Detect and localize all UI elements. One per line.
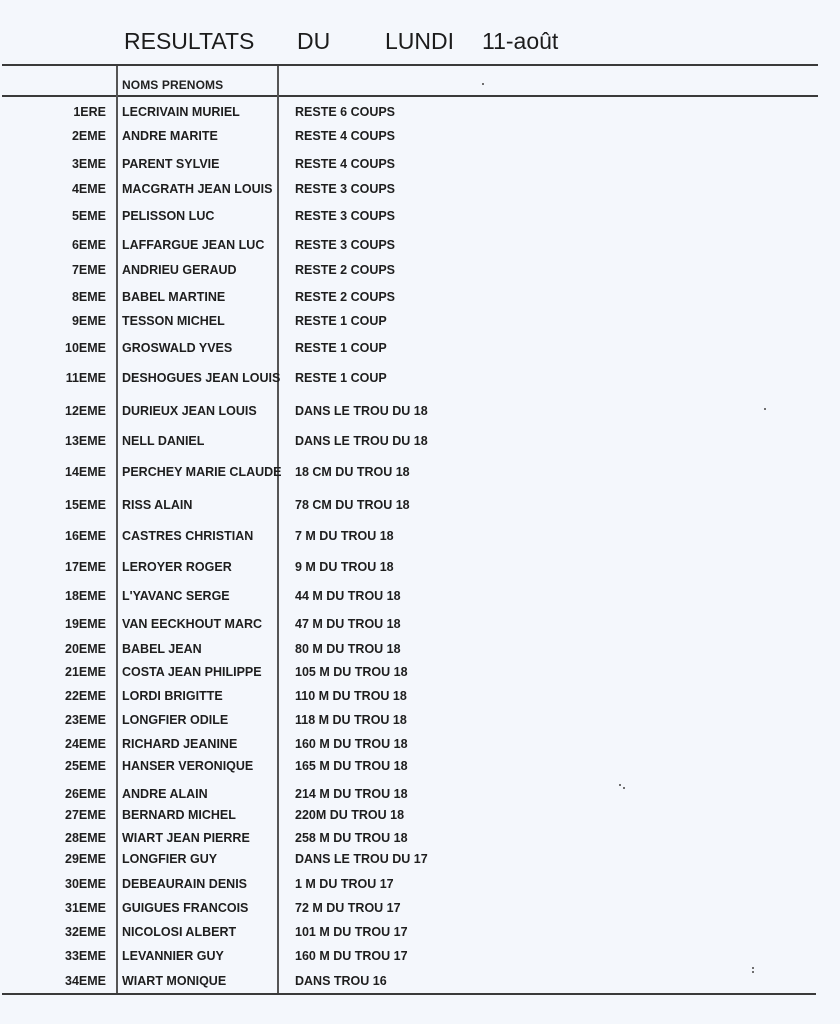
result-cell: 7 M DU TROU 18 <box>295 529 394 543</box>
rank-cell: 6EME <box>72 238 106 252</box>
rank-cell: 8EME <box>72 290 106 304</box>
rank-cell: 1ERE <box>73 105 106 119</box>
title-date: 11-août <box>482 28 558 55</box>
table-row: 20EMEBABEL JEAN80 M DU TROU 18 <box>0 642 820 660</box>
name-cell: LORDI BRIGITTE <box>122 689 223 703</box>
rank-cell: 16EME <box>65 529 106 543</box>
table-row: 33EMELEVANNIER GUY160 M DU TROU 17 <box>0 949 820 967</box>
table-row: 8EMEBABEL MARTINERESTE 2 COUPS <box>0 290 820 308</box>
rank-cell: 22EME <box>65 689 106 703</box>
rank-cell: 24EME <box>65 737 106 751</box>
table-bottom-border <box>2 993 816 995</box>
scan-speck <box>623 787 625 789</box>
table-row: 18EMEL'YAVANC SERGE44 M DU TROU 18 <box>0 589 820 607</box>
name-cell: LAFFARGUE JEAN LUC <box>122 238 264 252</box>
result-cell: RESTE 2 COUPS <box>295 263 395 277</box>
name-cell: GROSWALD YVES <box>122 341 232 355</box>
result-cell: 220M DU TROU 18 <box>295 808 404 822</box>
name-cell: GUIGUES FRANCOIS <box>122 901 248 915</box>
name-cell: WIART MONIQUE <box>122 974 226 988</box>
rank-cell: 3EME <box>72 157 106 171</box>
name-cell: RISS ALAIN <box>122 498 192 512</box>
result-cell: DANS TROU 16 <box>295 974 387 988</box>
result-cell: 9 M DU TROU 18 <box>295 560 394 574</box>
scan-speck <box>482 83 484 85</box>
name-cell: LEROYER ROGER <box>122 560 232 574</box>
table-row: 3EMEPARENT SYLVIERESTE 4 COUPS <box>0 157 820 175</box>
name-cell: DURIEUX JEAN LOUIS <box>122 404 257 418</box>
result-cell: 80 M DU TROU 18 <box>295 642 401 656</box>
rank-cell: 34EME <box>65 974 106 988</box>
result-cell: 101 M DU TROU 17 <box>295 925 408 939</box>
result-cell: DANS LE TROU DU 18 <box>295 404 428 418</box>
rank-cell: 7EME <box>72 263 106 277</box>
result-cell: RESTE 1 COUP <box>295 341 387 355</box>
name-cell: ANDRE ALAIN <box>122 787 208 801</box>
rank-cell: 28EME <box>65 831 106 845</box>
table-row: 10EMEGROSWALD YVESRESTE 1 COUP <box>0 341 820 359</box>
rank-cell: 18EME <box>65 589 106 603</box>
result-cell: DANS LE TROU DU 18 <box>295 434 428 448</box>
result-cell: RESTE 1 COUP <box>295 314 387 328</box>
table-row: 4EMEMACGRATH JEAN LOUISRESTE 3 COUPS <box>0 182 820 200</box>
rank-cell: 20EME <box>65 642 106 656</box>
name-cell: COSTA JEAN PHILIPPE <box>122 665 262 679</box>
table-row: 15EMERISS ALAIN78 CM DU TROU 18 <box>0 498 820 516</box>
table-row: 2EMEANDRE MARITERESTE 4 COUPS <box>0 129 820 147</box>
result-cell: 160 M DU TROU 18 <box>295 737 408 751</box>
name-cell: NELL DANIEL <box>122 434 204 448</box>
header-bottom-border <box>2 95 818 97</box>
name-cell: LONGFIER ODILE <box>122 713 228 727</box>
name-cell: BABEL JEAN <box>122 642 202 656</box>
rank-cell: 15EME <box>65 498 106 512</box>
result-cell: 118 M DU TROU 18 <box>295 713 407 727</box>
table-row: 7EMEANDRIEU GERAUDRESTE 2 COUPS <box>0 263 820 281</box>
result-cell: 18 CM DU TROU 18 <box>295 465 410 479</box>
table-row: 23EMELONGFIER ODILE118 M DU TROU 18 <box>0 713 820 731</box>
rank-cell: 21EME <box>65 665 106 679</box>
name-cell: PERCHEY MARIE CLAUDE <box>122 465 282 479</box>
rank-cell: 29EME <box>65 852 106 866</box>
scan-speck <box>764 408 766 410</box>
title-word-du: DU <box>297 28 330 55</box>
result-cell: 258 M DU TROU 18 <box>295 831 408 845</box>
table-row: 14EMEPERCHEY MARIE CLAUDE18 CM DU TROU 1… <box>0 465 820 483</box>
table-row: 11EMEDESHOGUES JEAN LOUISRESTE 1 COUP <box>0 371 820 389</box>
result-cell: RESTE 1 COUP <box>295 371 387 385</box>
result-cell: RESTE 3 COUPS <box>295 209 395 223</box>
column-header-names: NOMS PRENOMS <box>122 78 223 92</box>
rank-cell: 11EME <box>66 371 106 385</box>
table-row: 9EMETESSON MICHELRESTE 1 COUP <box>0 314 820 332</box>
result-cell: RESTE 4 COUPS <box>295 129 395 143</box>
result-cell: RESTE 3 COUPS <box>295 238 395 252</box>
table-row: 17EMELEROYER ROGER9 M DU TROU 18 <box>0 560 820 578</box>
result-cell: RESTE 3 COUPS <box>295 182 395 196</box>
table-row: 21EMECOSTA JEAN PHILIPPE105 M DU TROU 18 <box>0 665 820 683</box>
rank-cell: 14EME <box>65 465 106 479</box>
table-row: 12EMEDURIEUX JEAN LOUISDANS LE TROU DU 1… <box>0 404 820 422</box>
rank-cell: 9EME <box>72 314 106 328</box>
result-cell: 72 M DU TROU 17 <box>295 901 401 915</box>
table-top-border <box>2 64 818 66</box>
result-cell: 110 M DU TROU 18 <box>295 689 407 703</box>
rank-cell: 25EME <box>65 759 106 773</box>
rank-cell: 2EME <box>72 129 106 143</box>
rank-cell: 4EME <box>72 182 106 196</box>
rank-cell: 33EME <box>65 949 106 963</box>
rank-cell: 23EME <box>65 713 106 727</box>
name-cell: BERNARD MICHEL <box>122 808 236 822</box>
result-cell: 160 M DU TROU 17 <box>295 949 408 963</box>
name-cell: DESHOGUES JEAN LOUIS <box>122 371 280 385</box>
result-cell: 214 M DU TROU 18 <box>295 787 408 801</box>
result-cell: RESTE 2 COUPS <box>295 290 395 304</box>
rank-cell: 19EME <box>65 617 106 631</box>
table-row: 26EMEANDRE ALAIN214 M DU TROU 18 <box>0 787 820 805</box>
rank-cell: 5EME <box>72 209 106 223</box>
name-cell: LEVANNIER GUY <box>122 949 224 963</box>
table-row: 31EMEGUIGUES FRANCOIS72 M DU TROU 17 <box>0 901 820 919</box>
name-cell: NICOLOSI ALBERT <box>122 925 236 939</box>
rank-cell: 17EME <box>65 560 106 574</box>
name-cell: LONGFIER GUY <box>122 852 217 866</box>
name-cell: L'YAVANC SERGE <box>122 589 230 603</box>
scan-speck <box>752 967 754 969</box>
name-cell: VAN EECKHOUT MARC <box>122 617 262 631</box>
table-row: 25EMEHANSER VERONIQUE165 M DU TROU 18 <box>0 759 820 777</box>
table-row: 24EMERICHARD JEANINE160 M DU TROU 18 <box>0 737 820 755</box>
table-row: 13EMENELL DANIELDANS LE TROU DU 18 <box>0 434 820 452</box>
rank-cell: 13EME <box>65 434 106 448</box>
rank-cell: 12EME <box>65 404 106 418</box>
name-cell: BABEL MARTINE <box>122 290 225 304</box>
scan-speck <box>619 784 621 786</box>
result-cell: DANS LE TROU DU 17 <box>295 852 428 866</box>
table-row: 27EMEBERNARD MICHEL220M DU TROU 18 <box>0 808 820 826</box>
table-row: 30EMEDEBEAURAIN DENIS1 M DU TROU 17 <box>0 877 820 895</box>
name-cell: PELISSON LUC <box>122 209 214 223</box>
results-sheet: RESULTATS DU LUNDI 11-août NOMS PRENOMS … <box>0 0 840 1024</box>
name-cell: TESSON MICHEL <box>122 314 225 328</box>
rank-cell: 30EME <box>65 877 106 891</box>
result-cell: RESTE 6 COUPS <box>295 105 395 119</box>
rank-cell: 32EME <box>65 925 106 939</box>
table-row: 22EMELORDI BRIGITTE110 M DU TROU 18 <box>0 689 820 707</box>
table-row: 1ERELECRIVAIN MURIELRESTE 6 COUPS <box>0 105 820 123</box>
name-cell: ANDRIEU GERAUD <box>122 263 237 277</box>
result-cell: RESTE 4 COUPS <box>295 157 395 171</box>
table-row: 19EMEVAN EECKHOUT MARC47 M DU TROU 18 <box>0 617 820 635</box>
name-cell: HANSER VERONIQUE <box>122 759 253 773</box>
name-cell: DEBEAURAIN DENIS <box>122 877 247 891</box>
rank-cell: 26EME <box>65 787 106 801</box>
title-word-lundi: LUNDI <box>385 28 454 55</box>
table-row: 28EMEWIART JEAN PIERRE258 M DU TROU 18 <box>0 831 820 849</box>
result-cell: 165 M DU TROU 18 <box>295 759 408 773</box>
name-cell: WIART JEAN PIERRE <box>122 831 250 845</box>
result-cell: 47 M DU TROU 18 <box>295 617 401 631</box>
scan-speck <box>752 971 754 973</box>
result-cell: 78 CM DU TROU 18 <box>295 498 410 512</box>
name-cell: CASTRES CHRISTIAN <box>122 529 253 543</box>
rank-cell: 31EME <box>65 901 106 915</box>
name-cell: PARENT SYLVIE <box>122 157 219 171</box>
table-row: 32EMENICOLOSI ALBERT101 M DU TROU 17 <box>0 925 820 943</box>
title-word-resultats: RESULTATS <box>124 28 254 55</box>
rank-cell: 27EME <box>65 808 106 822</box>
result-cell: 105 M DU TROU 18 <box>295 665 408 679</box>
name-cell: MACGRATH JEAN LOUIS <box>122 182 272 196</box>
table-row: 16EMECASTRES CHRISTIAN7 M DU TROU 18 <box>0 529 820 547</box>
result-cell: 44 M DU TROU 18 <box>295 589 401 603</box>
name-cell: ANDRE MARITE <box>122 129 218 143</box>
table-row: 34EMEWIART MONIQUEDANS TROU 16 <box>0 974 820 992</box>
result-cell: 1 M DU TROU 17 <box>295 877 394 891</box>
table-row: 5EMEPELISSON LUCRESTE 3 COUPS <box>0 209 820 227</box>
name-cell: RICHARD JEANINE <box>122 737 237 751</box>
rank-cell: 10EME <box>65 341 106 355</box>
table-row: 29EMELONGFIER GUYDANS LE TROU DU 17 <box>0 852 820 870</box>
table-row: 6EMELAFFARGUE JEAN LUCRESTE 3 COUPS <box>0 238 820 256</box>
name-cell: LECRIVAIN MURIEL <box>122 105 240 119</box>
